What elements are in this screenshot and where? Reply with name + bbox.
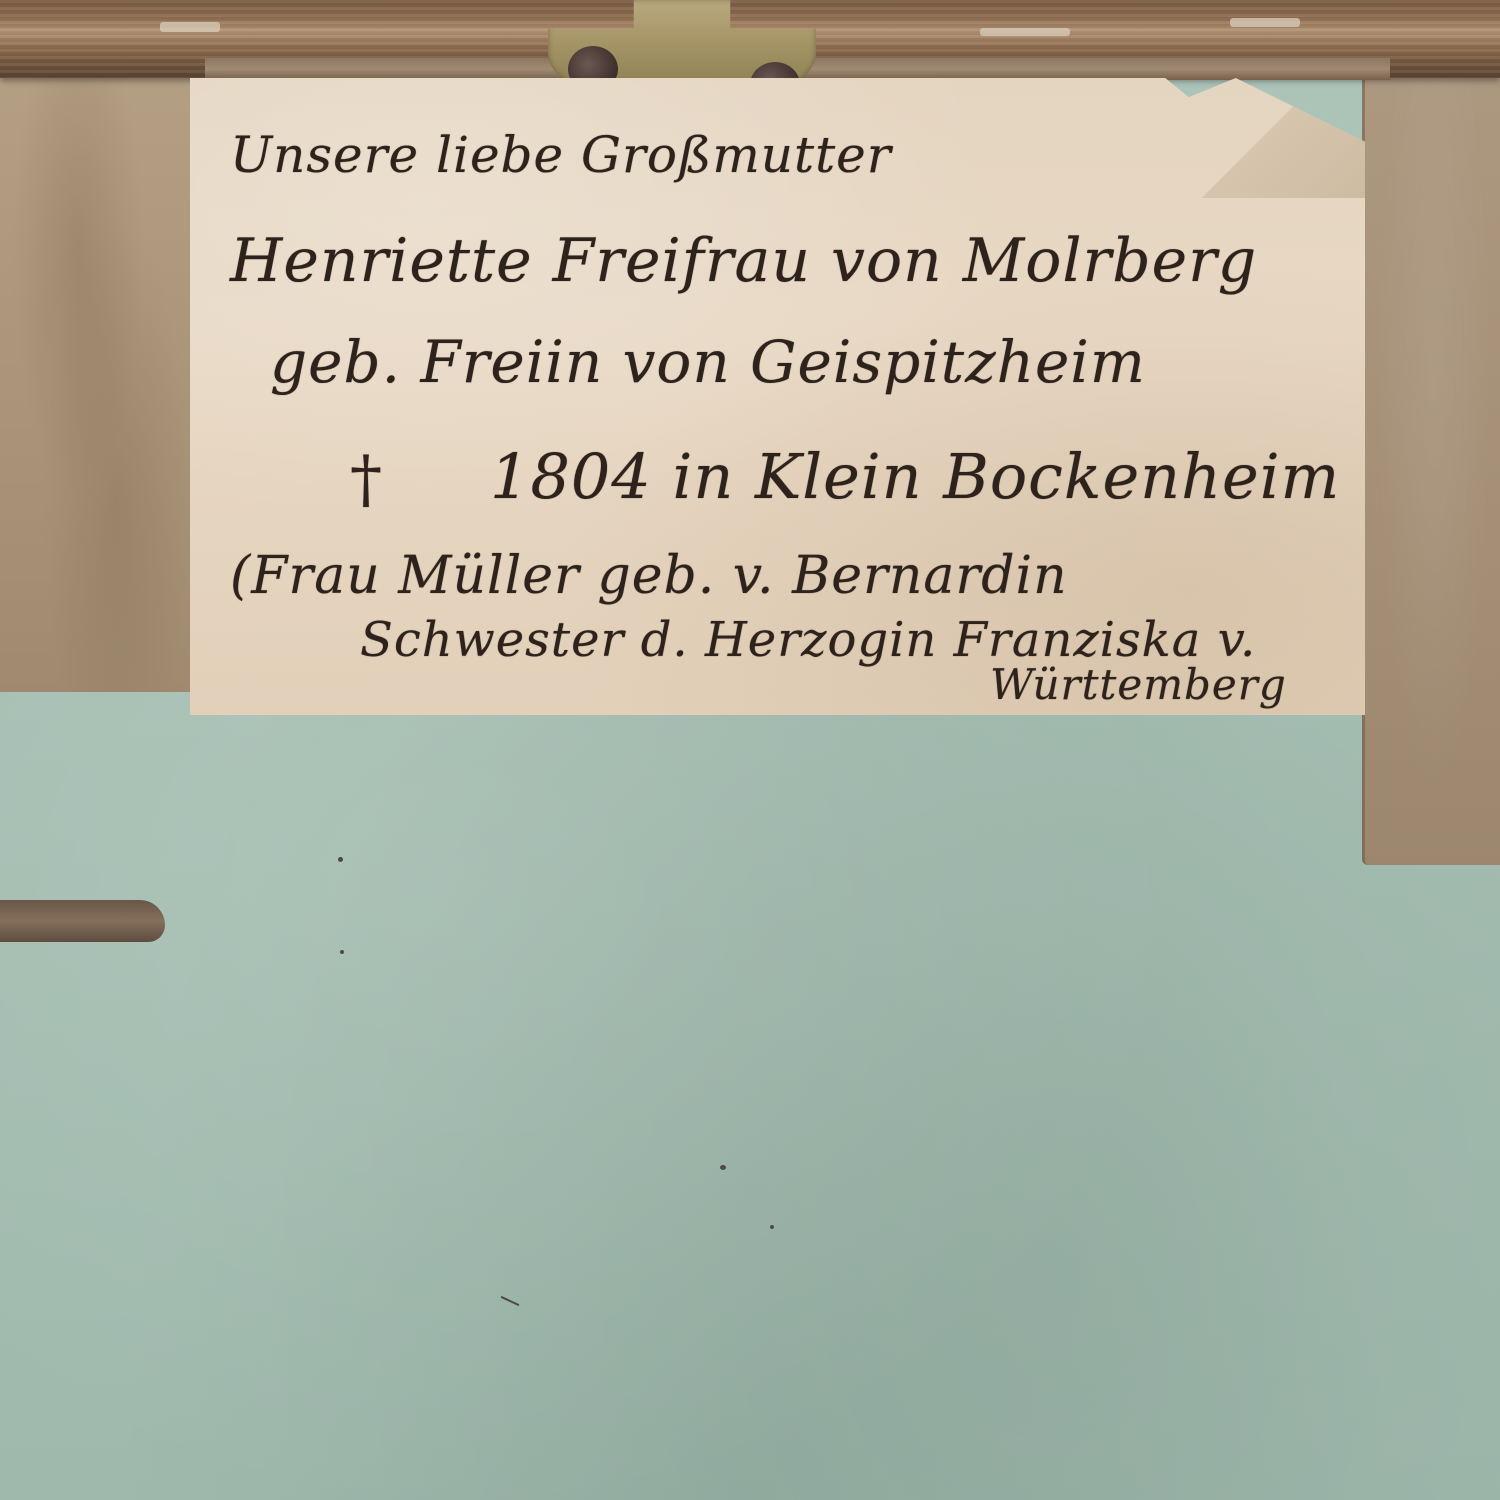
ink-speck	[720, 1165, 726, 1170]
paint-chip	[160, 22, 220, 32]
ink-speck	[770, 1225, 774, 1229]
label-line-5: (Frau Müller geb. v. Bernardin	[230, 546, 1068, 606]
label-line-3: geb. Freiin von Geispitzheim	[270, 328, 1146, 396]
paint-chip	[1230, 18, 1300, 27]
label-line-1: Unsere liebe Großmutter	[230, 126, 892, 184]
ink-speck	[340, 950, 344, 954]
left-paper-strip	[0, 60, 195, 692]
label-line-7: Württemberg	[990, 660, 1287, 709]
provenance-label: Unsere liebe Großmutter Henriette Freifr…	[190, 78, 1365, 715]
label-line-4: 1804 in Klein Bockenheim	[490, 440, 1340, 513]
paint-chip	[980, 28, 1070, 36]
ink-speck	[338, 857, 343, 862]
label-line-2: Henriette Freifrau von Molrberg	[230, 226, 1257, 296]
torn-backing-hole	[0, 900, 165, 942]
death-cross-icon: †	[350, 443, 383, 517]
right-paper-strip	[1362, 50, 1500, 865]
